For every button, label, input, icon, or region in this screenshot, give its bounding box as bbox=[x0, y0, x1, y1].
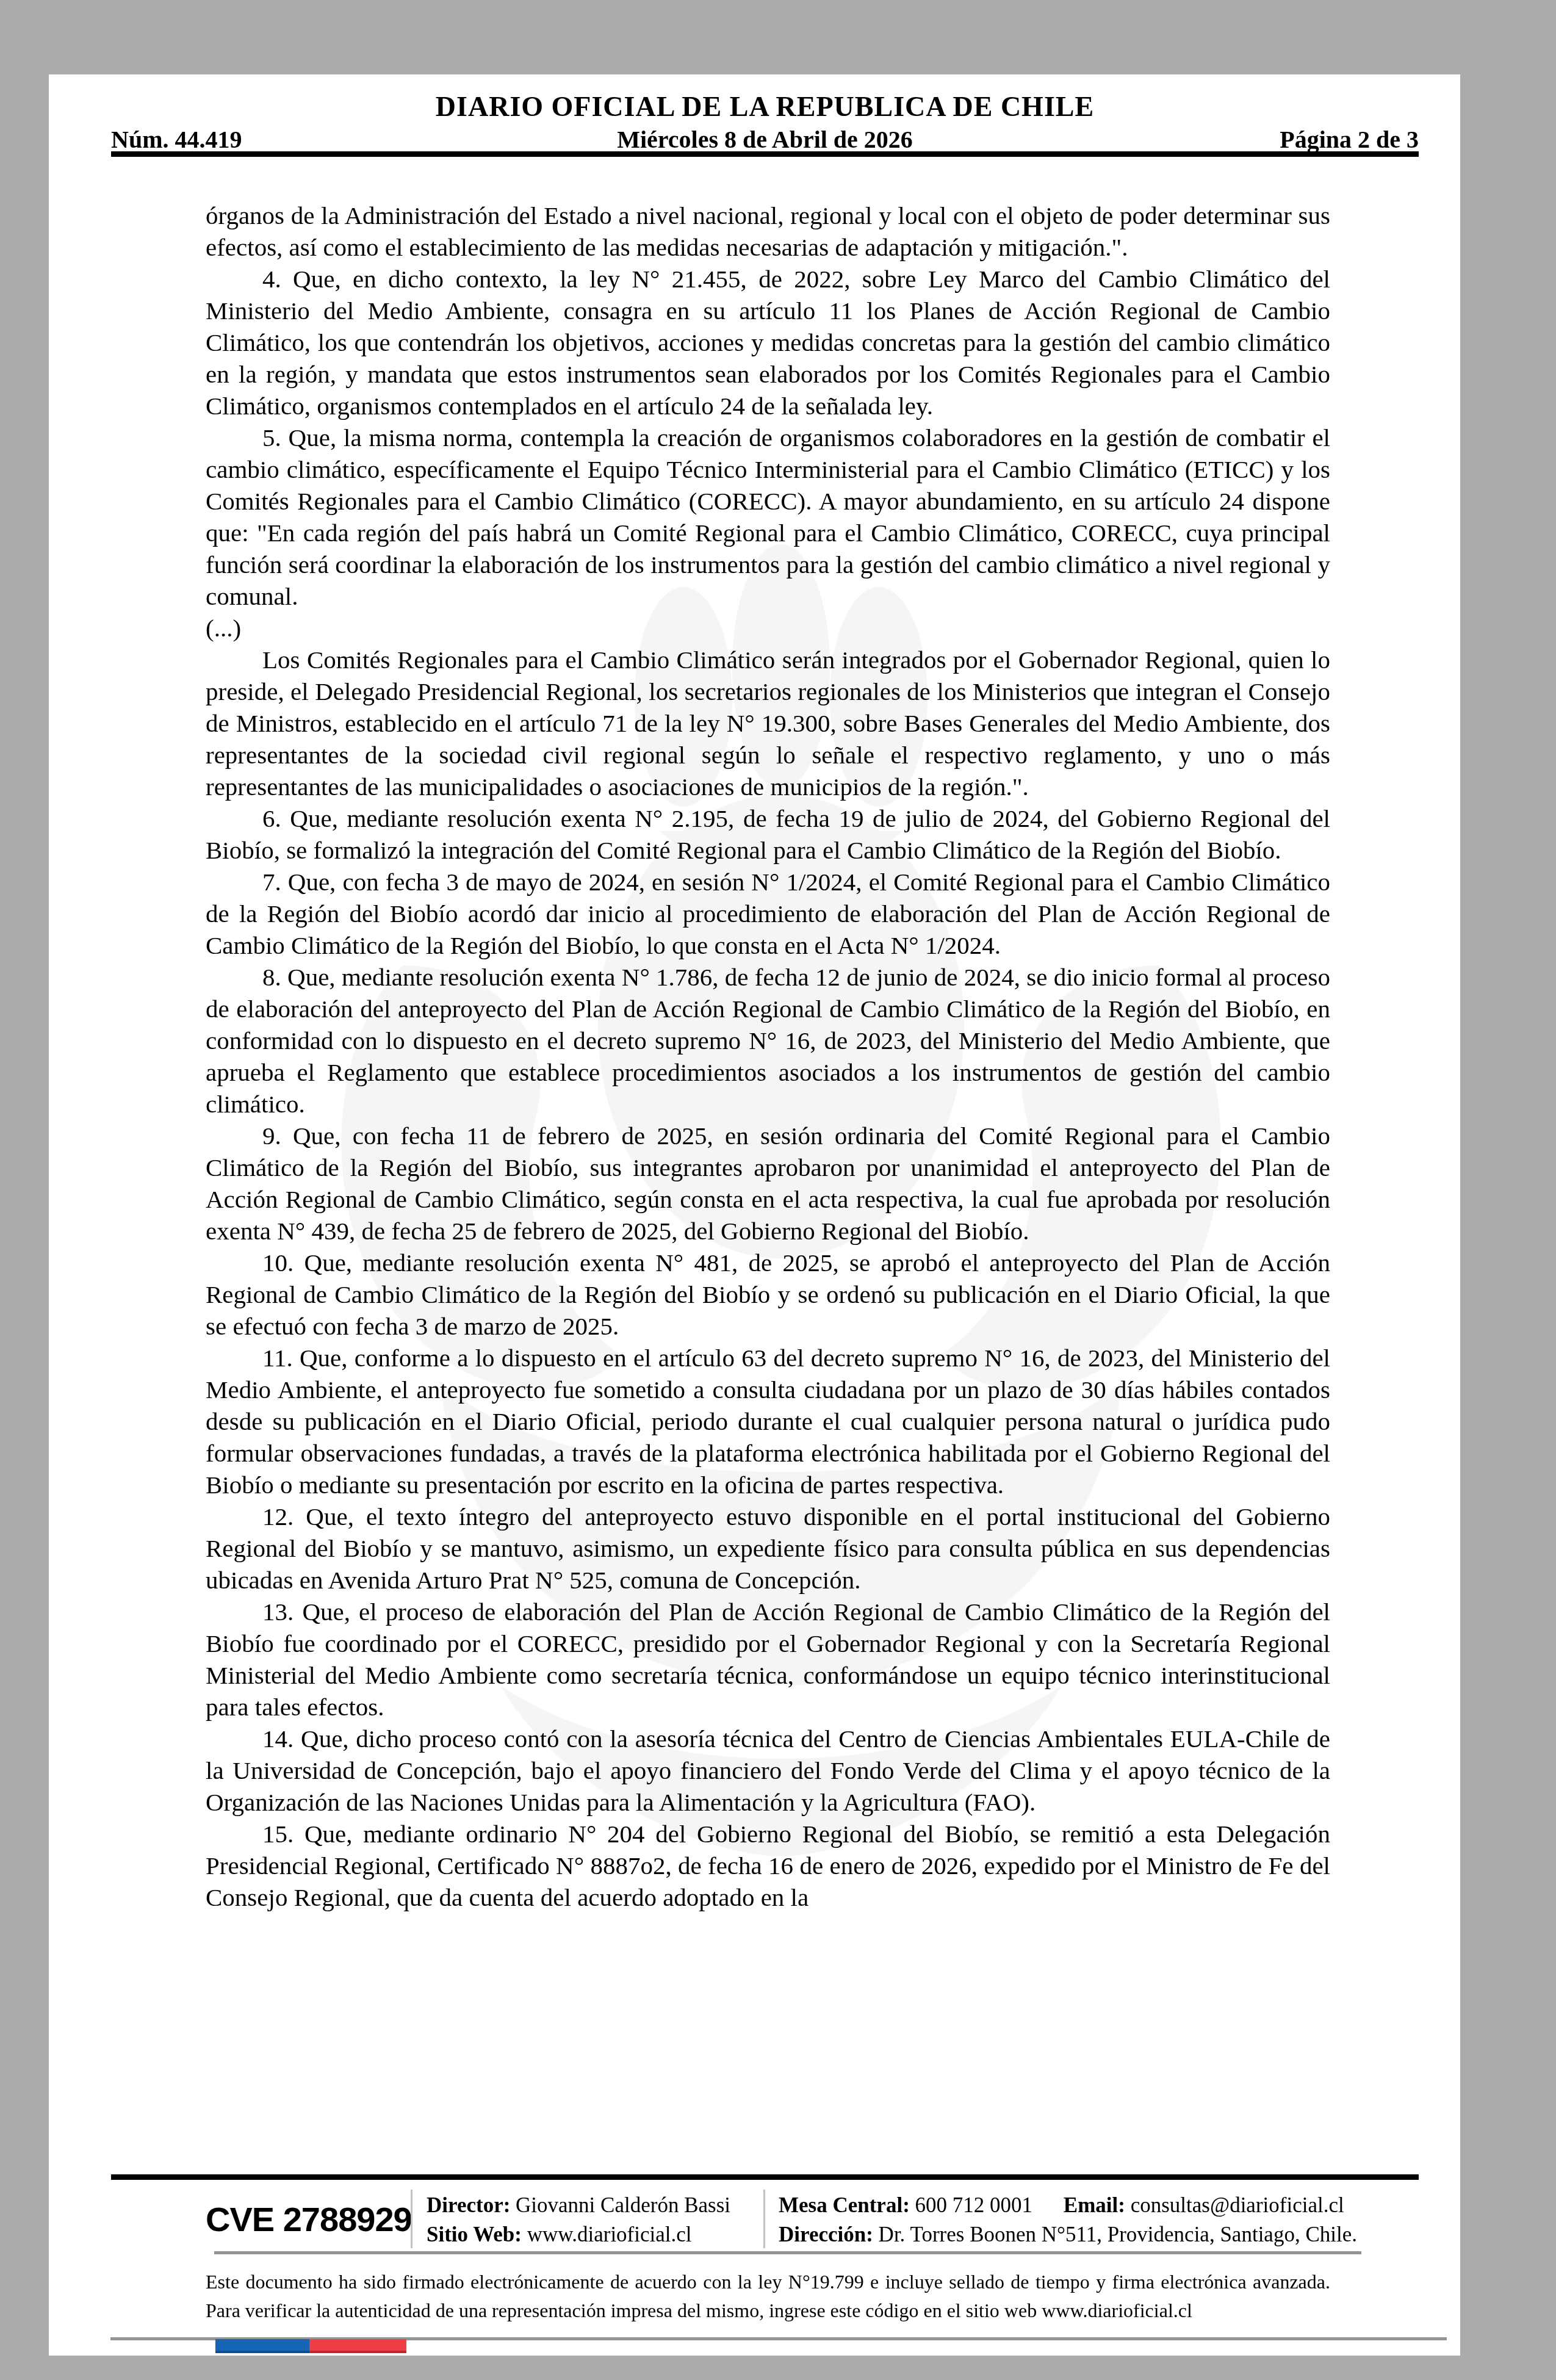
sitio-web-value: www.diarioficial.cl bbox=[527, 2223, 692, 2246]
paragraph: 11. Que, conforme a lo dispuesto en el a… bbox=[206, 1342, 1330, 1501]
direccion-label: Dirección: bbox=[779, 2223, 873, 2246]
paragraph-ellipsis: (...) bbox=[206, 612, 1330, 644]
email-label: Email: bbox=[1064, 2193, 1125, 2217]
paragraph: Los Comités Regionales para el Cambio Cl… bbox=[206, 644, 1330, 802]
diario-oficial-page-background: { "header": { "title": "DIARIO OFICIAL D… bbox=[0, 0, 1556, 2380]
issue-date: Miércoles 8 de Abril de 2026 bbox=[111, 125, 1419, 154]
document-body: órganos de la Administración del Estado … bbox=[206, 200, 1330, 1913]
paragraph: 13. Que, el proceso de elaboración del P… bbox=[206, 1596, 1330, 1723]
paragraph: 4. Que, en dicho contexto, la ley N° 21.… bbox=[206, 263, 1330, 422]
paragraph: 10. Que, mediante resolución exenta N° 4… bbox=[206, 1247, 1330, 1342]
email-value: consultas@diarioficial.cl bbox=[1131, 2193, 1344, 2217]
cve-box: CVE 2788929 Director: Giovanni Calderón … bbox=[49, 2180, 1460, 2253]
paragraph: 12. Que, el texto íntegro del anteproyec… bbox=[206, 1501, 1330, 1596]
cve-number: CVE 2788929 bbox=[206, 2199, 412, 2239]
paragraph: 9. Que, con fecha 11 de febrero de 2025,… bbox=[206, 1120, 1330, 1247]
issue-line: Núm. 44.419 Miércoles 8 de Abril de 2026… bbox=[111, 125, 1419, 154]
footer-rule bbox=[111, 2174, 1419, 2180]
paragraph: 8. Que, mediante resolución exenta N° 1.… bbox=[206, 961, 1330, 1120]
page-indicator: Página 2 de 3 bbox=[1280, 125, 1419, 154]
paragraph: 6. Que, mediante resolución exenta N° 2.… bbox=[206, 802, 1330, 866]
document-page: DIARIO OFICIAL DE LA REPUBLICA DE CHILE … bbox=[49, 74, 1460, 2356]
footer-director-column: Director: Giovanni Calderón Bassi Sitio … bbox=[427, 2191, 756, 2249]
paragraph: 5. Que, la misma norma, contempla la cre… bbox=[206, 422, 1330, 612]
paragraph: 14. Que, dicho proceso contó con la ases… bbox=[206, 1723, 1330, 1818]
paragraph: órganos de la Administración del Estado … bbox=[206, 200, 1330, 263]
header-rule bbox=[111, 151, 1419, 157]
legal-notice: Este documento ha sido firmado electróni… bbox=[206, 2268, 1330, 2325]
sitio-web-label: Sitio Web: bbox=[427, 2223, 522, 2246]
director-value: Giovanni Calderón Bassi bbox=[516, 2193, 730, 2217]
footer-contact-column: Mesa Central: 600 712 0001 Email: consul… bbox=[779, 2191, 1425, 2249]
mesa-central-value: 600 712 0001 bbox=[915, 2193, 1033, 2217]
footer-gray-rule-top bbox=[214, 2251, 1361, 2254]
chile-flag-mark bbox=[215, 2339, 406, 2353]
masthead-title: DIARIO OFICIAL DE LA REPUBLICA DE CHILE bbox=[111, 90, 1419, 123]
mesa-central-label: Mesa Central: bbox=[779, 2193, 910, 2217]
director-label: Director: bbox=[427, 2193, 510, 2217]
flag-blue-segment bbox=[215, 2339, 309, 2353]
direccion-value: Dr. Torres Boonen N°511, Providencia, Sa… bbox=[879, 2223, 1357, 2246]
footer-divider bbox=[411, 2190, 412, 2248]
paragraph: 7. Que, con fecha 3 de mayo de 2024, en … bbox=[206, 866, 1330, 961]
flag-red-segment bbox=[309, 2339, 406, 2353]
paragraph: 15. Que, mediante ordinario N° 204 del G… bbox=[206, 1818, 1330, 1913]
footer-divider bbox=[763, 2190, 765, 2248]
